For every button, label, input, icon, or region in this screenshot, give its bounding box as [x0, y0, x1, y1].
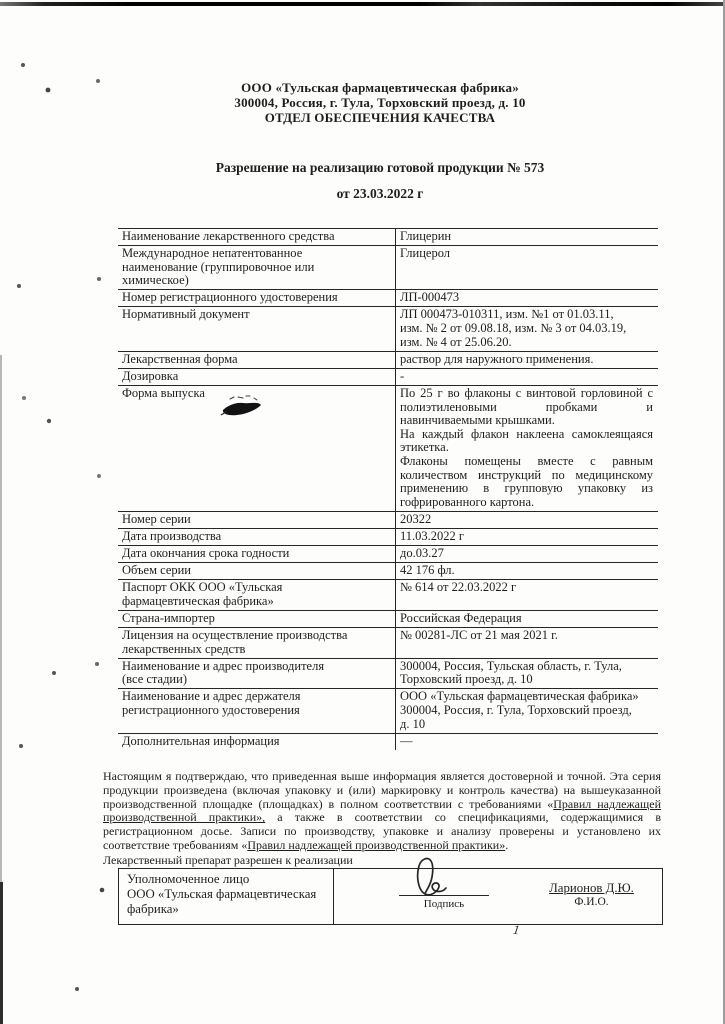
table-row: Лекарственная формараствор для наружного… — [118, 351, 658, 368]
handwritten-signature — [411, 856, 455, 898]
row-label: Наименование лекарственного средства — [118, 229, 396, 246]
row-value: Российская Федерация — [396, 610, 659, 627]
table-row: Наименование и адрес держателя регистрац… — [118, 689, 658, 733]
row-value: 42 176 фл. — [396, 563, 659, 580]
company-name: ООО «Тульская фармацевтическая фабрика» — [110, 80, 650, 95]
department-name: ОТДЕЛ ОБЕСПЕЧЕНИЯ КАЧЕСТВА — [110, 110, 650, 125]
scan-artifact-left-edge-light — [0, 355, 2, 885]
document-date: от 23.03.2022 г — [110, 186, 650, 202]
authorized-person-cell: Уполномоченное лицо ООО «Тульская фармац… — [119, 869, 334, 924]
table-row: Номер серии20322 — [118, 511, 658, 528]
row-value: до.03.27 — [396, 545, 659, 562]
signatory-name-caption: Ф.И.О. — [534, 896, 649, 908]
release-statement: Лекарственный препарат разрешен к реализ… — [103, 854, 661, 868]
table-row: Лицензия на осуществление производства л… — [118, 627, 658, 658]
signature-line — [399, 895, 489, 896]
row-label: Страна-импортер — [118, 610, 396, 627]
scanned-document: ООО «Тульская фармацевтическая фабрика» … — [0, 0, 725, 1024]
table-row: Страна-импортерРоссийская Федерация — [118, 610, 658, 627]
row-label: Номер регистрационного удостоверения — [118, 290, 396, 307]
row-value: 11.03.2022 г — [396, 528, 659, 545]
gmp-reference-underlined-2: Правил надлежащей производственной практ… — [247, 838, 505, 852]
signature-caption: Подпись — [399, 898, 489, 910]
row-value: — — [396, 733, 659, 750]
row-value: Глицерин — [396, 229, 659, 246]
signature-block: Уполномоченное лицо ООО «Тульская фармац… — [118, 868, 663, 925]
product-table-body: Наименование лекарственного средстваГлиц… — [118, 229, 658, 750]
row-value: 20322 — [396, 511, 659, 528]
signatory-name: Ларионов Д.Ю. — [534, 881, 649, 896]
table-row: Дата окончания срока годностидо.03.27 — [118, 545, 658, 562]
table-row: Объем серии42 176 фл. — [118, 563, 658, 580]
table-row: Нормативный документЛП 000473-010311, из… — [118, 307, 658, 351]
document-title: Разрешение на реализацию готовой продукц… — [110, 160, 650, 176]
table-row: Наименование и адрес производителя (все … — [118, 658, 658, 689]
row-value: ООО «Тульская фармацевтическая фабрика» … — [396, 689, 659, 733]
row-label: Номер серии — [118, 511, 396, 528]
row-label: Дополнительная информация — [118, 733, 396, 750]
table-row: Дополнительная информация— — [118, 733, 658, 750]
document-header: ООО «Тульская фармацевтическая фабрика» … — [110, 80, 650, 125]
table-row: Паспорт ОКК ООО «Тульская фармацевтическ… — [118, 580, 658, 611]
table-row: Форма выпускаПо 25 г во флаконы с винтов… — [118, 385, 658, 511]
row-value: ЛП-000473 — [396, 290, 659, 307]
scan-artifact-left-edge-dark — [0, 882, 3, 1024]
row-value: По 25 г во флаконы с винтовой горловиной… — [396, 385, 659, 511]
row-label: Международное непатентованное наименован… — [118, 246, 396, 290]
row-value: № 614 от 22.03.2022 г — [396, 580, 659, 611]
row-label: Лицензия на осуществление производства л… — [118, 627, 396, 658]
row-value: 300004, Россия, Тульская область, г. Тул… — [396, 658, 659, 689]
table-row: Наименование лекарственного средстваГлиц… — [118, 229, 658, 246]
scan-artifact-top-line — [0, 2, 725, 6]
row-value: раствор для наружного применения. — [396, 351, 659, 368]
ink-blot-artifact — [216, 393, 266, 421]
row-value: Глицерол — [396, 246, 659, 290]
row-label: Наименование и адрес производителя (все … — [118, 658, 396, 689]
row-value: ЛП 000473-010311, изм. №1 от 01.03.11, и… — [396, 307, 659, 351]
row-label: Наименование и адрес держателя регистрац… — [118, 689, 396, 733]
table-row: Дата производства11.03.2022 г — [118, 528, 658, 545]
page-number-mark: 1 — [512, 922, 521, 939]
row-label: Дата производства — [118, 528, 396, 545]
company-address: 300004, Россия, г. Тула, Торховский прое… — [110, 95, 650, 110]
row-label: Паспорт ОКК ООО «Тульская фармацевтическ… — [118, 580, 396, 611]
row-label: Дозировка — [118, 368, 396, 385]
row-value: - — [396, 368, 659, 385]
row-label: Лекарственная форма — [118, 351, 396, 368]
table-row: Международное непатентованное наименован… — [118, 246, 658, 290]
declaration-paragraph: Настоящим я подтверждаю, что приведенная… — [103, 770, 661, 868]
row-value: № 00281-ЛС от 21 мая 2021 г. — [396, 627, 659, 658]
scan-artifact-speckles — [0, 0, 2, 2]
row-label: Дата окончания срока годности — [118, 545, 396, 562]
row-label: Объем серии — [118, 563, 396, 580]
declaration-text-3: . — [505, 838, 508, 852]
product-details-table: Наименование лекарственного средстваГлиц… — [118, 228, 658, 750]
table-row: Номер регистрационного удостоверенияЛП-0… — [118, 290, 658, 307]
row-label: Нормативный документ — [118, 307, 396, 351]
table-row: Дозировка- — [118, 368, 658, 385]
